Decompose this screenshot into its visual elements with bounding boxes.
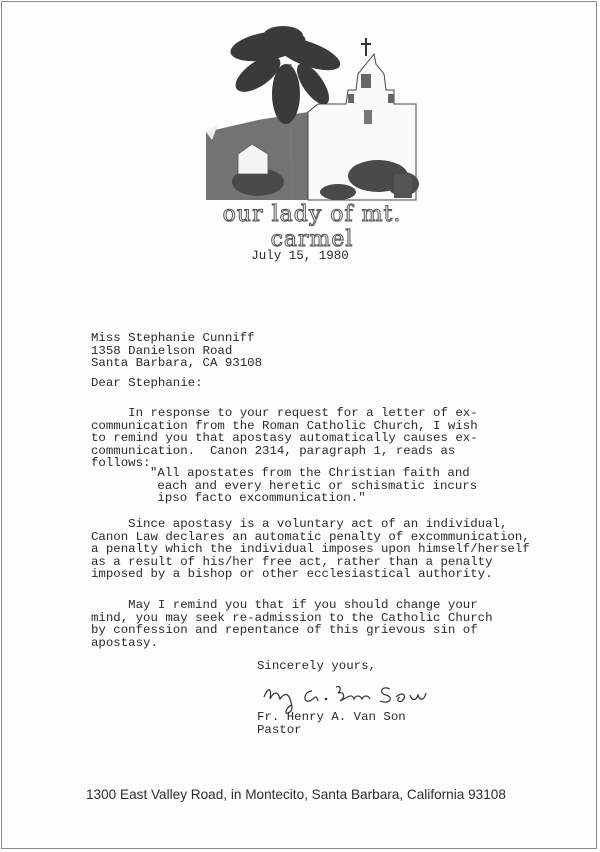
paragraph-line: to remind you that apostasy automaticall…	[91, 432, 478, 445]
letter-date: July 15, 1980	[2, 249, 598, 263]
church-illustration-icon	[198, 24, 426, 202]
paragraph-line: Since apostasy is a voluntary act of an …	[91, 518, 530, 531]
salutation: Dear Stephanie:	[91, 377, 203, 390]
body-paragraph-2: Since apostasy is a voluntary act of an …	[91, 518, 530, 581]
paragraph-line: a penalty which the individual imposes u…	[91, 543, 530, 556]
recipient-city: Santa Barbara, CA 93108	[91, 357, 262, 370]
paragraph-line: In response to your request for a letter…	[91, 407, 478, 420]
paragraph-line: apostasy.	[91, 637, 493, 650]
quote-line: "All apostates from the Christian faith …	[150, 467, 477, 480]
signer-name: Fr. Henry A. Van Son	[257, 711, 406, 724]
body-paragraph-3: May I remind you that if you should chan…	[91, 599, 493, 649]
canon-quote: "All apostates from the Christian faith …	[150, 467, 477, 505]
closing: Sincerely yours,	[257, 660, 376, 673]
letter-page: our lady of mt. carmel July 15, 1980 Mis…	[1, 1, 597, 849]
paragraph-line: May I remind you that if you should chan…	[91, 599, 493, 612]
footer-address: 1300 East Valley Road, in Montecito, San…	[86, 787, 506, 802]
paragraph-line: by confession and repentance of this gri…	[91, 624, 493, 637]
recipient-address: Miss Stephanie Cunniff1358 Danielson Roa…	[91, 332, 262, 370]
recipient-name: Miss Stephanie Cunniff	[91, 332, 262, 345]
quote-line: ipso facto excommunication."	[150, 492, 477, 505]
parish-name-logo: our lady of mt. carmel	[202, 202, 422, 252]
body-paragraph-1: In response to your request for a letter…	[91, 407, 478, 470]
paragraph-line: imposed by a bishop or other ecclesiasti…	[91, 568, 530, 581]
signer-title: Pastor	[257, 724, 406, 737]
signer-block: Fr. Henry A. Van SonPastor	[257, 711, 406, 736]
